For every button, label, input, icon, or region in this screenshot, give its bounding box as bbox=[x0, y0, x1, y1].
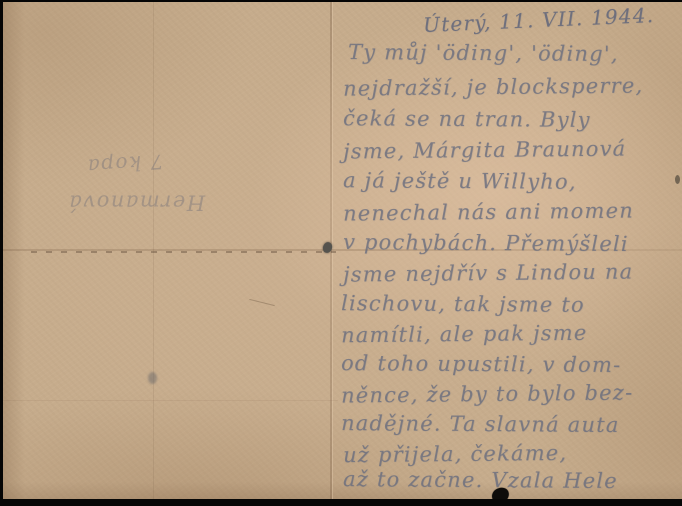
fold-crease-horizontal-lower bbox=[3, 400, 338, 401]
pinhole-dot bbox=[321, 241, 333, 254]
pencil-smudge bbox=[148, 372, 157, 384]
reverse-note-line: Hermanová bbox=[28, 191, 205, 215]
letter-body-line: nenechal nás ani momen bbox=[343, 198, 634, 225]
fold-crease-horizontal-marks bbox=[31, 251, 336, 253]
edge-speck bbox=[675, 175, 680, 184]
reverse-note-line: 7 kopa bbox=[32, 150, 164, 183]
letter-paper: Hermanová 7 kopa Úterý, 11. VII. 1944. T… bbox=[3, 2, 682, 500]
letter-body-line: lischovu, tak jsme to bbox=[341, 291, 585, 317]
scan-border-bottom bbox=[0, 499, 682, 506]
letter-body-line: až to začne. Vzala Hele bbox=[343, 467, 618, 493]
letter-body-line: nadějné. Ta slavná auta bbox=[341, 411, 620, 437]
letter-body-line: v pochybách. Přemýšleli bbox=[343, 230, 629, 256]
letter-body-line: čeká se na tran. Byly bbox=[343, 106, 591, 132]
letter-body-line: nejdražší, je blocksperre, bbox=[343, 73, 644, 100]
fold-crease-vertical-left bbox=[153, 2, 154, 500]
letter-body-line: od toho upustili, v dom- bbox=[341, 351, 622, 377]
paper-scratch bbox=[249, 299, 274, 306]
letter-body-line: jsme nejdřív s Lindou na bbox=[343, 259, 634, 286]
reverse-side-pencil-note: Hermanová 7 kopa bbox=[27, 93, 235, 234]
letter-body-line: Ty můj 'öding', 'öding', bbox=[348, 40, 619, 66]
letter-dateline: Úterý, 11. VII. 1944. bbox=[423, 3, 655, 37]
letter-scan: Hermanová 7 kopa Úterý, 11. VII. 1944. T… bbox=[0, 0, 682, 506]
letter-body-line: a já ještě u Willyho, bbox=[343, 168, 577, 194]
letter-body-line: namítli, ale pak jsme bbox=[341, 321, 588, 348]
letter-body-line: už přijela, čekáme, bbox=[343, 441, 567, 467]
letter-body-line: jsme, Márgita Braunová bbox=[343, 137, 627, 164]
letter-body-line: něnce, že by to bylo bez- bbox=[341, 380, 634, 407]
